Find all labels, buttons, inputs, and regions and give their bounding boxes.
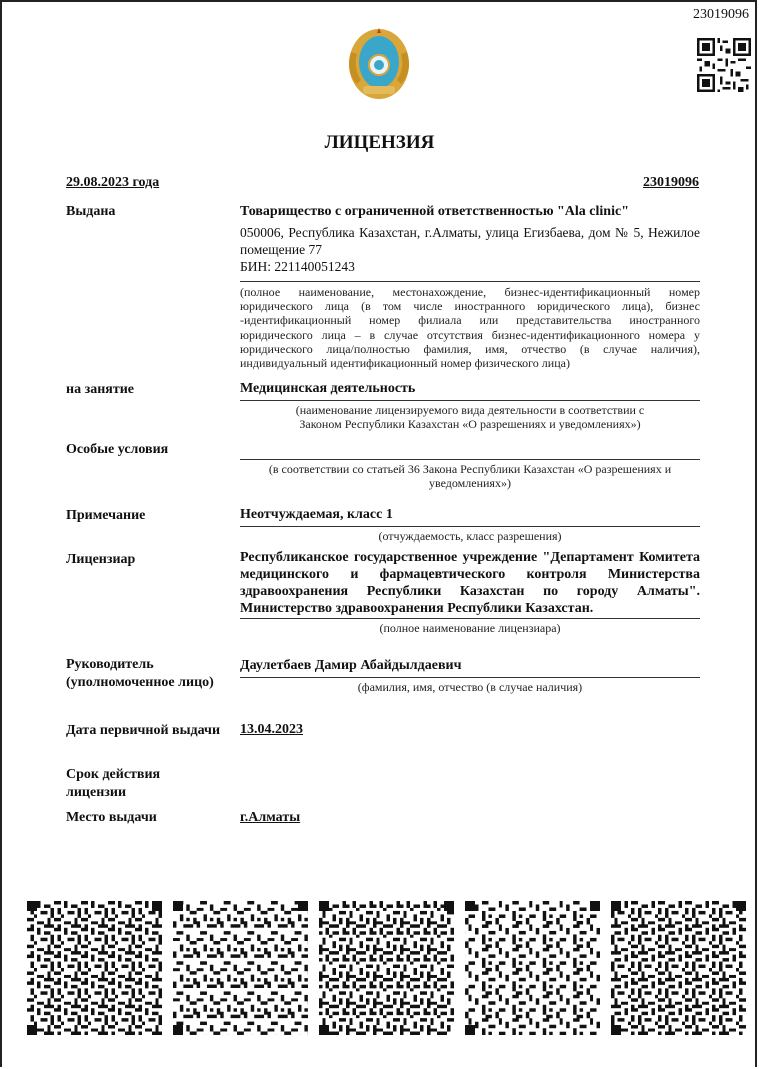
organization-bin: БИН: 221140051243: [240, 258, 700, 282]
activity-label: на занятие: [66, 381, 134, 399]
place-value: г.Алматы: [240, 809, 300, 826]
qr-code-row: [27, 901, 746, 1035]
licensor-block: Республиканское государственное учрежден…: [240, 549, 700, 635]
validity-label: Срок действия лицензии: [66, 766, 196, 802]
licensor-hint: (полное наименование лицензиара): [240, 621, 700, 635]
issued-to-hint: (полное наименование, местонахождение, б…: [240, 285, 700, 370]
place-label: Место выдачи: [66, 809, 157, 827]
licensor-value: Республиканское государственное учрежден…: [240, 549, 700, 619]
head-hint: (фамилия, имя, отчество (в случае наличи…: [240, 680, 700, 694]
special-conditions-block: (в соответствии со статьей 36 Закона Рес…: [240, 440, 700, 490]
head-block: Даулетбаев Дамир Абайдылдаевич (фамилия,…: [240, 657, 700, 694]
note-block: Неотчуждаемая, класс 1 (отчуждаемость, к…: [240, 506, 700, 543]
qr-code-icon: [27, 901, 162, 1035]
activity-block: Медицинская деятельность (наименование л…: [240, 380, 700, 431]
kazakhstan-coat-of-arms-icon: [339, 22, 419, 102]
special-conditions-value: [240, 440, 700, 460]
first-issue-date-label: Дата первичной выдачи: [66, 722, 220, 740]
license-date: 29.08.2023 года: [66, 175, 159, 191]
first-issue-date-value: 13.04.2023: [240, 721, 303, 738]
special-conditions-label: Особые условия: [66, 441, 168, 459]
qr-code-icon: [173, 901, 308, 1035]
document-number-top: 23019096: [693, 7, 749, 23]
organization-name: Товарищество с ограниченной ответственно…: [240, 203, 700, 220]
page-title: ЛИЦЕНЗИЯ: [0, 132, 759, 154]
issued-to-label: Выдана: [66, 203, 115, 221]
activity-value: Медицинская деятельность: [240, 380, 700, 401]
head-value: Даулетбаев Дамир Абайдылдаевич: [240, 657, 700, 678]
qr-code-icon: [611, 901, 746, 1035]
licensor-label: Лицензиар: [66, 551, 135, 569]
license-number: 23019096: [643, 175, 699, 191]
qr-code-icon: [697, 38, 751, 92]
activity-hint: (наименование лицензируемого вида деятел…: [240, 403, 700, 431]
qr-code-icon: [319, 901, 454, 1035]
head-label: Руководитель (уполномоченное лицо): [66, 656, 231, 692]
note-hint: (отчуждаемость, класс разрешения): [240, 529, 700, 543]
note-label: Примечание: [66, 507, 145, 525]
special-conditions-hint: (в соответствии со статьей 36 Закона Рес…: [240, 462, 700, 490]
organization-address: 050006, Республика Казахстан, г.Алматы, …: [240, 224, 700, 258]
qr-code-icon: [465, 901, 600, 1035]
note-value: Неотчуждаемая, класс 1: [240, 506, 700, 527]
issued-to-block: Товарищество с ограниченной ответственно…: [240, 203, 700, 370]
